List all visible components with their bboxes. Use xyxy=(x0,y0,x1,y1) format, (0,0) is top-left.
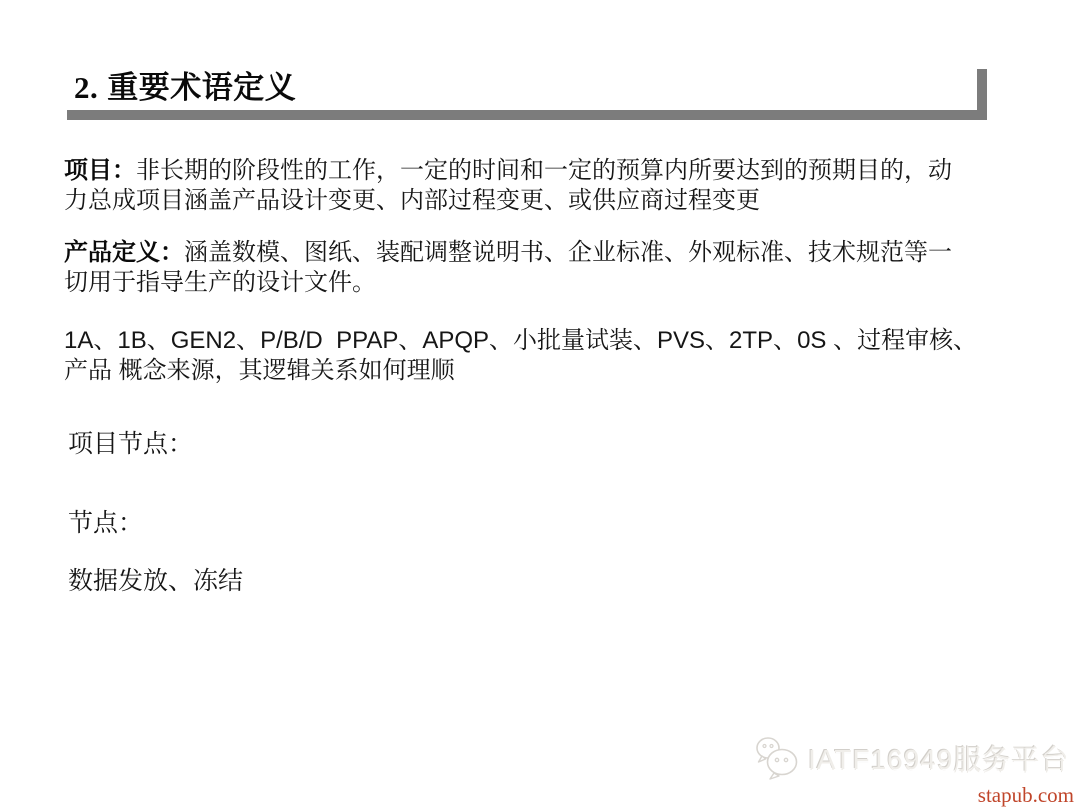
wechat-icon xyxy=(754,735,800,781)
paragraph-line: 产品 概念来源，其逻辑关系如何理顺 xyxy=(64,356,977,386)
term-text: 涵盖数模、图纸、装配调整说明书、企业标准、外观标准、技术规范等一 xyxy=(184,239,952,266)
title-bar: 2.重要术语定义 xyxy=(57,59,977,110)
node-label: 节点： xyxy=(68,503,143,539)
project-milestones-label: 项目节点： xyxy=(68,424,193,460)
paragraph-line: 项目：非长期的阶段性的工作，一定的时间和一定的预算内所要达到的预期目的，动 xyxy=(64,156,952,186)
paragraph-line: 切用于指导生产的设计文件。 xyxy=(64,268,952,298)
paragraph-product-definition: 产品定义：涵盖数模、图纸、装配调整说明书、企业标准、外观标准、技术规范等一 切用… xyxy=(64,238,952,298)
paragraph-line: 力总成项目涵盖产品设计变更、内部过程变更、或供应商过程变更 xyxy=(64,186,952,216)
term-text: 非长期的阶段性的工作，一定的时间和一定的预算内所要达到的预期目的，动 xyxy=(136,157,952,184)
site-watermark: stapub.com xyxy=(978,783,1074,808)
paragraph-line: 1A、1B、GEN2、P/B/D PPAP、APQP、小批量试装、PVS、2TP… xyxy=(64,326,977,356)
title-label: 重要术语定义 xyxy=(107,70,296,105)
page-title: 2.重要术语定义 xyxy=(57,62,296,107)
term-label: 产品定义： xyxy=(64,239,184,266)
title-number: 2. xyxy=(74,70,98,105)
paragraph-terms-relationship: 1A、1B、GEN2、P/B/D PPAP、APQP、小批量试装、PVS、2TP… xyxy=(64,326,977,386)
term-label: 项目： xyxy=(64,157,136,184)
data-release-label: 数据发放、冻结 xyxy=(68,561,243,597)
paragraph-project-definition: 项目：非长期的阶段性的工作，一定的时间和一定的预算内所要达到的预期目的，动 力总… xyxy=(64,156,952,216)
slide: 2.重要术语定义 项目：非长期的阶段性的工作，一定的时间和一定的预算内所要达到的… xyxy=(0,0,1080,810)
watermark-label: IATF16949服务平台 xyxy=(808,738,1069,778)
watermark: IATF16949服务平台 xyxy=(754,735,1069,781)
paragraph-line: 产品定义：涵盖数模、图纸、装配调整说明书、企业标准、外观标准、技术规范等一 xyxy=(64,238,952,268)
